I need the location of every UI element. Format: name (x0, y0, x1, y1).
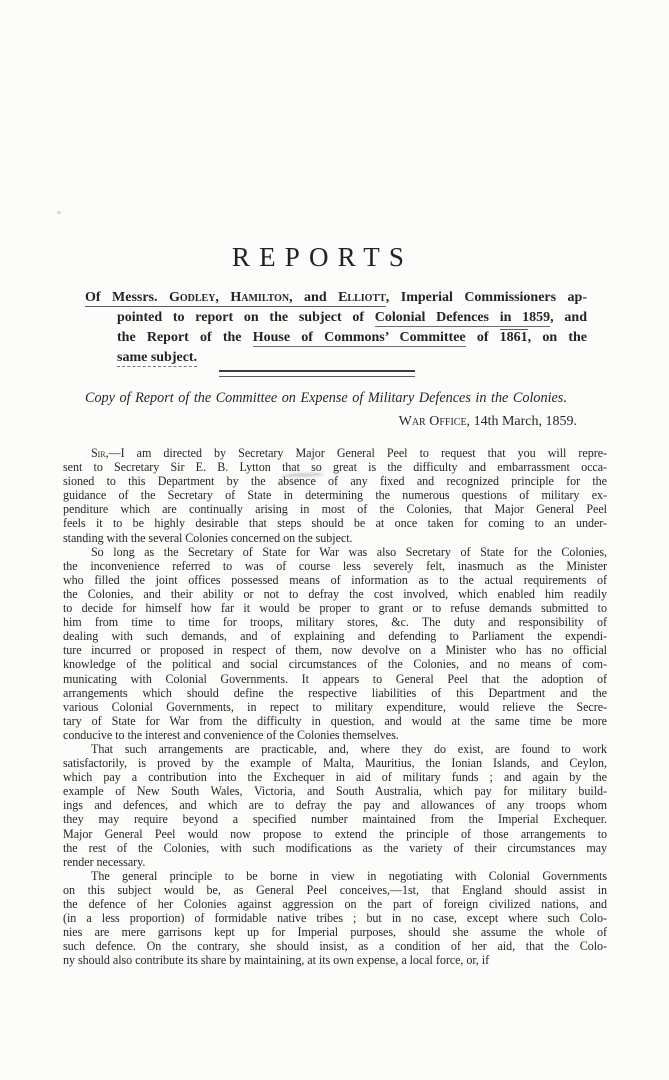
heading-underlined-text: Of Messrs. (85, 290, 169, 307)
body-line: the Colonies, and their ability or not t… (63, 587, 607, 601)
paragraph-4: The general principle to be borne in vie… (63, 869, 607, 968)
heading-text: pointed to report on the subject of (117, 310, 375, 325)
heading-underlined-text: and (293, 290, 339, 307)
heading-text: the Report of the (117, 330, 253, 345)
heading-overlined-year: 1861 (500, 329, 528, 345)
heading-text: of (466, 330, 500, 345)
body-line: knowledge of the political and social ci… (63, 657, 607, 671)
body-line: the inconvenience referred to was of cou… (63, 559, 607, 573)
body-line: arrangements which should define the res… (63, 686, 607, 700)
body-line: feels it to be highly desirable that ste… (63, 516, 607, 530)
heading-line-1: Of Messrs. Godley, Hamilton, and Elliott… (85, 288, 587, 308)
body-line: Major General Peel would now propose to … (63, 827, 607, 841)
scanned-document-page: REPORTS Of Messrs. Godley, Hamilton, and… (0, 0, 669, 1080)
body-line: dealing with such demands, and of explai… (63, 629, 607, 643)
scan-speck (57, 211, 61, 214)
body-line: penditure which are continually arising … (63, 502, 607, 516)
body-line: That such arrangements are practicable, … (63, 742, 607, 756)
commissioner-names: Godley, Hamilton, (169, 290, 293, 307)
body-line: to decide for himself how far it would b… (63, 601, 607, 615)
page-title: REPORTS (0, 242, 653, 272)
body-line: they may require beyond a specified numb… (63, 812, 607, 826)
body-line: which pay a contribution into the Excheq… (63, 770, 607, 784)
heading-text: , on the (528, 330, 587, 345)
report-heading: Of Messrs. Godley, Hamilton, and Elliott… (85, 288, 587, 368)
letter-body: Sir,—I am directed by Secretary Major Ge… (63, 446, 607, 967)
body-line: various Colonial Governments, in repect … (63, 700, 607, 714)
body-line: render necessary. (63, 855, 607, 869)
report-subtitle: Copy of Report of the Committee on Expen… (85, 389, 607, 407)
heading-line-3: the Report of the House of Commons’ Comm… (117, 328, 587, 348)
heading-underlined-text: same subject. (117, 350, 197, 367)
body-line: satisfactorily, is proved by the example… (63, 756, 607, 770)
dateline-place: War Office, (399, 414, 470, 429)
commissioner-names: Elliott (338, 290, 386, 307)
body-line: municating with Colonial Governments. It… (63, 672, 607, 686)
heading-text: , and (550, 310, 587, 325)
body-line: the rest of the Colonies, with such modi… (63, 841, 607, 855)
heading-line-4: same subject. (117, 348, 587, 368)
dateline: War Office, 14th March, 1859. (0, 413, 669, 431)
paragraph-3: That such arrangements are practicable, … (63, 742, 607, 869)
heading-underlined-text: Colonial Defences in 1859 (375, 310, 550, 327)
body-line: who filled the joint offices possessed m… (63, 573, 607, 587)
body-line: sent to Secretary Sir E. B. Lytton that … (63, 460, 607, 474)
body-line: ture incurred or proposed in respect of … (63, 643, 607, 657)
body-line: tary of State for War from the difficult… (63, 714, 607, 728)
paragraph-1: Sir,—I am directed by Secretary Major Ge… (63, 446, 607, 545)
body-line: example of New South Wales, Victoria, an… (63, 784, 607, 798)
divider-rule (219, 370, 415, 377)
body-line: conducive to the interest and convenienc… (63, 728, 607, 742)
body-line: standing with the several Colonies conce… (63, 531, 607, 545)
body-line: the defence of her Colonies against aggr… (63, 897, 607, 911)
body-line: on this subject would be, as General Pee… (63, 883, 607, 897)
body-line: nies are mere garrisons kept up for Impe… (63, 925, 607, 939)
body-line: ny should also contribute its share by m… (63, 953, 607, 967)
body-line: So long as the Secretary of State for Wa… (63, 545, 607, 559)
small-caps-text: Sir (91, 446, 106, 460)
body-line: him from time to time for troops, milita… (63, 615, 607, 629)
body-line: (in a less proportion) of formidable nat… (63, 911, 607, 925)
body-line: such defence. On the contrary, she shoul… (63, 939, 607, 953)
heading-underlined-text: House of Commons’ Committee (253, 330, 466, 347)
body-line: sioned to this Department by the absence… (63, 474, 607, 488)
body-line: ings and defences, and which are to defr… (63, 798, 607, 812)
heading-line-2: pointed to report on the subject of Colo… (117, 308, 587, 328)
body-line: guidance of the Secretary of State in de… (63, 488, 607, 502)
body-line: The general principle to be borne in vie… (63, 869, 607, 883)
paragraph-2: So long as the Secretary of State for Wa… (63, 545, 607, 742)
heading-text: , Imperial Commissioners ap- (386, 290, 587, 305)
body-line: Sir,—I am directed by Secretary Major Ge… (63, 446, 607, 460)
dateline-date: 14th March, 1859. (470, 414, 577, 429)
